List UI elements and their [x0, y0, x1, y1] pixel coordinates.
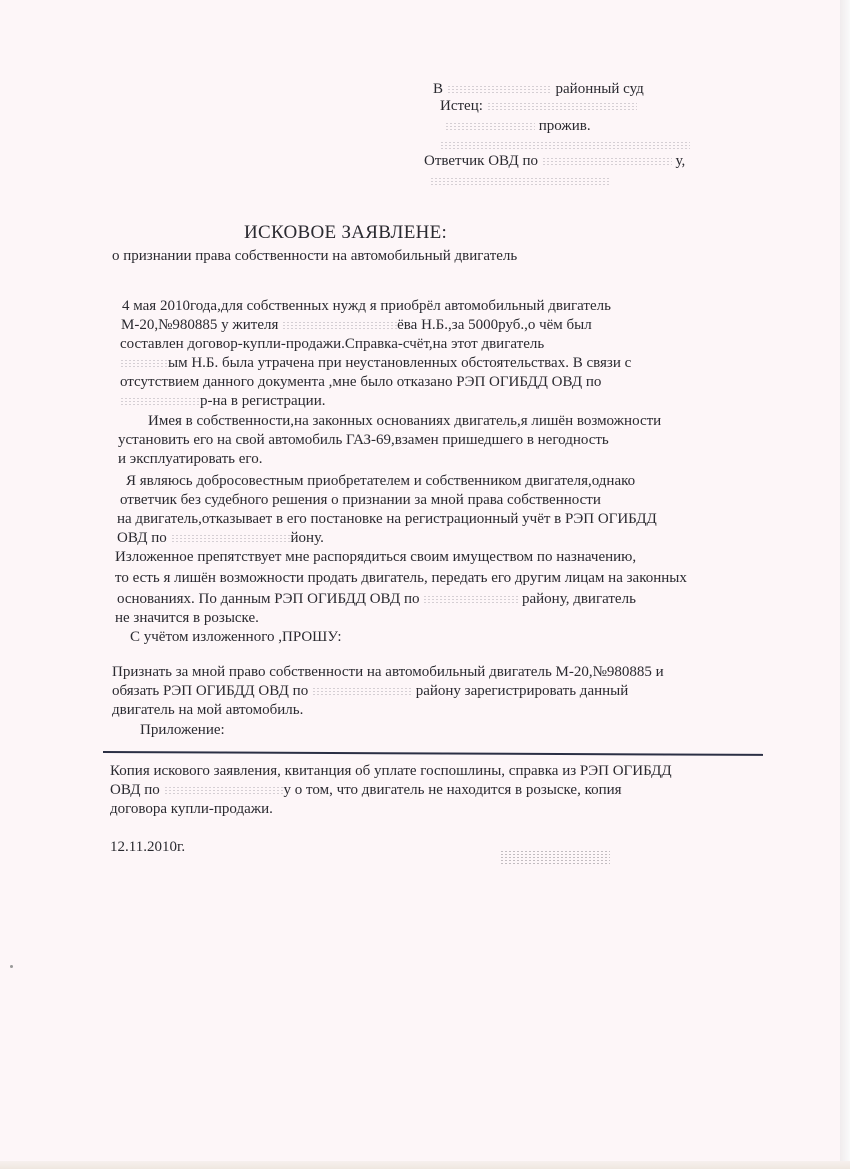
redacted-plaintiff-name — [487, 102, 637, 112]
request-heading: С учётом изложенного ,ПРОШУ: — [130, 628, 342, 646]
body-text: району, двигатель — [522, 591, 636, 607]
attachment-line: ОВД по у о том, что двигатель не находит… — [110, 781, 622, 799]
body-line: составлен договор-купли-продажи.Справка-… — [120, 335, 544, 353]
redacted-name — [120, 359, 168, 369]
plaintiff-label: Истец: — [440, 98, 483, 114]
redacted-defendant-address — [430, 177, 610, 187]
court-suffix: районный суд — [556, 81, 644, 97]
redacted-court-name — [447, 85, 552, 95]
document-subtitle: о признании права собственности на автом… — [112, 247, 517, 265]
redacted-district — [423, 595, 518, 605]
body-line: установить его на свой автомобиль ГАЗ-69… — [118, 431, 609, 449]
attachment-text: ОВД по — [110, 782, 160, 798]
request-text: обязать РЭП ОГИБДД ОВД по — [112, 683, 308, 699]
redacted-district — [312, 687, 412, 697]
body-line: р-на в регистрации. — [120, 392, 326, 410]
request-line: двигатель на мой автомобиль. — [112, 701, 303, 719]
redacted-address — [445, 122, 535, 132]
defendant-address-line — [430, 172, 610, 190]
redacted-signature — [500, 850, 610, 864]
body-line: отсутствием данного документа ,мне было … — [120, 373, 601, 391]
body-text: йону. — [291, 530, 324, 546]
body-line: М-20,№980885 у жителя ёва Н.Б.,за 5000ру… — [121, 316, 592, 334]
attachment-line: Копия искового заявления, квитанция об у… — [110, 762, 672, 780]
body-line: Я являюсь добросовестным приобретателем … — [126, 472, 635, 490]
plaintiff-line: Истец: — [440, 97, 637, 115]
document-title: ИСКОВОЕ ЗАЯВЛЕНЕ: — [244, 224, 447, 242]
body-text: ым Н.Б. была утрачена при неустановленны… — [168, 355, 631, 371]
court-prefix: В — [433, 81, 443, 97]
defendant-label: Ответчик ОВД по — [424, 153, 538, 169]
request-text: району зарегистрировать данный — [416, 683, 629, 699]
body-text: р-на в регистрации. — [200, 393, 326, 409]
plaintiff-address-line: прожив. — [445, 117, 591, 135]
redacted-seller — [282, 321, 397, 331]
body-text: основаниях. По данным РЭП ОГИБДД ОВД по — [117, 591, 420, 607]
body-line: ОВД по йону. — [117, 529, 324, 547]
plaintiff-address-suffix: прожив. — [539, 118, 591, 134]
section-divider — [103, 751, 763, 756]
body-text: ОВД по — [117, 530, 167, 546]
body-line: 4 мая 2010года,для собственных нужд я пр… — [122, 297, 611, 315]
request-line: Признать за мной право собственности на … — [112, 663, 664, 681]
redacted-address-2 — [440, 141, 690, 151]
scan-edge-bottom — [0, 1161, 850, 1169]
attachments-label: Приложение: — [140, 721, 225, 739]
body-line: Имея в собственности,на законных основан… — [148, 412, 661, 430]
attachment-line: договора купли-продажи. — [110, 800, 273, 818]
body-line: ответчик без судебного решения о признан… — [120, 491, 601, 509]
defendant-suffix: у, — [675, 153, 685, 169]
court-line: В районный суд — [433, 80, 644, 98]
body-text: ёва Н.Б.,за 5000руб.,о чём был — [397, 317, 592, 333]
request-line: обязать РЭП ОГИБДД ОВД по району зарегис… — [112, 682, 628, 700]
body-line: на двигатель,отказывает в его постановке… — [117, 510, 657, 528]
body-line: Изложенное препятствует мне распорядитьс… — [115, 548, 636, 566]
body-line: основаниях. По данным РЭП ОГИБДД ОВД по … — [117, 590, 636, 608]
scan-speck — [10, 965, 13, 968]
attachment-text: у о том, что двигатель не находится в ро… — [284, 782, 622, 798]
redacted-district — [120, 397, 200, 407]
defendant-line: Ответчик ОВД по у, — [424, 152, 685, 170]
body-line: ым Н.Б. была утрачена при неустановленны… — [120, 354, 631, 372]
document-date: 12.11.2010г. — [110, 838, 185, 856]
body-line: и эксплуатировать его. — [118, 450, 262, 468]
redacted-district — [164, 786, 284, 796]
redacted-defendant — [542, 157, 672, 167]
body-line: то есть я лишён возможности продать двиг… — [115, 569, 687, 587]
body-line: не значится в розыске. — [115, 609, 259, 627]
body-text: М-20,№980885 у жителя — [121, 317, 278, 333]
scan-edge-right — [840, 0, 850, 1169]
redacted-district — [171, 534, 291, 544]
